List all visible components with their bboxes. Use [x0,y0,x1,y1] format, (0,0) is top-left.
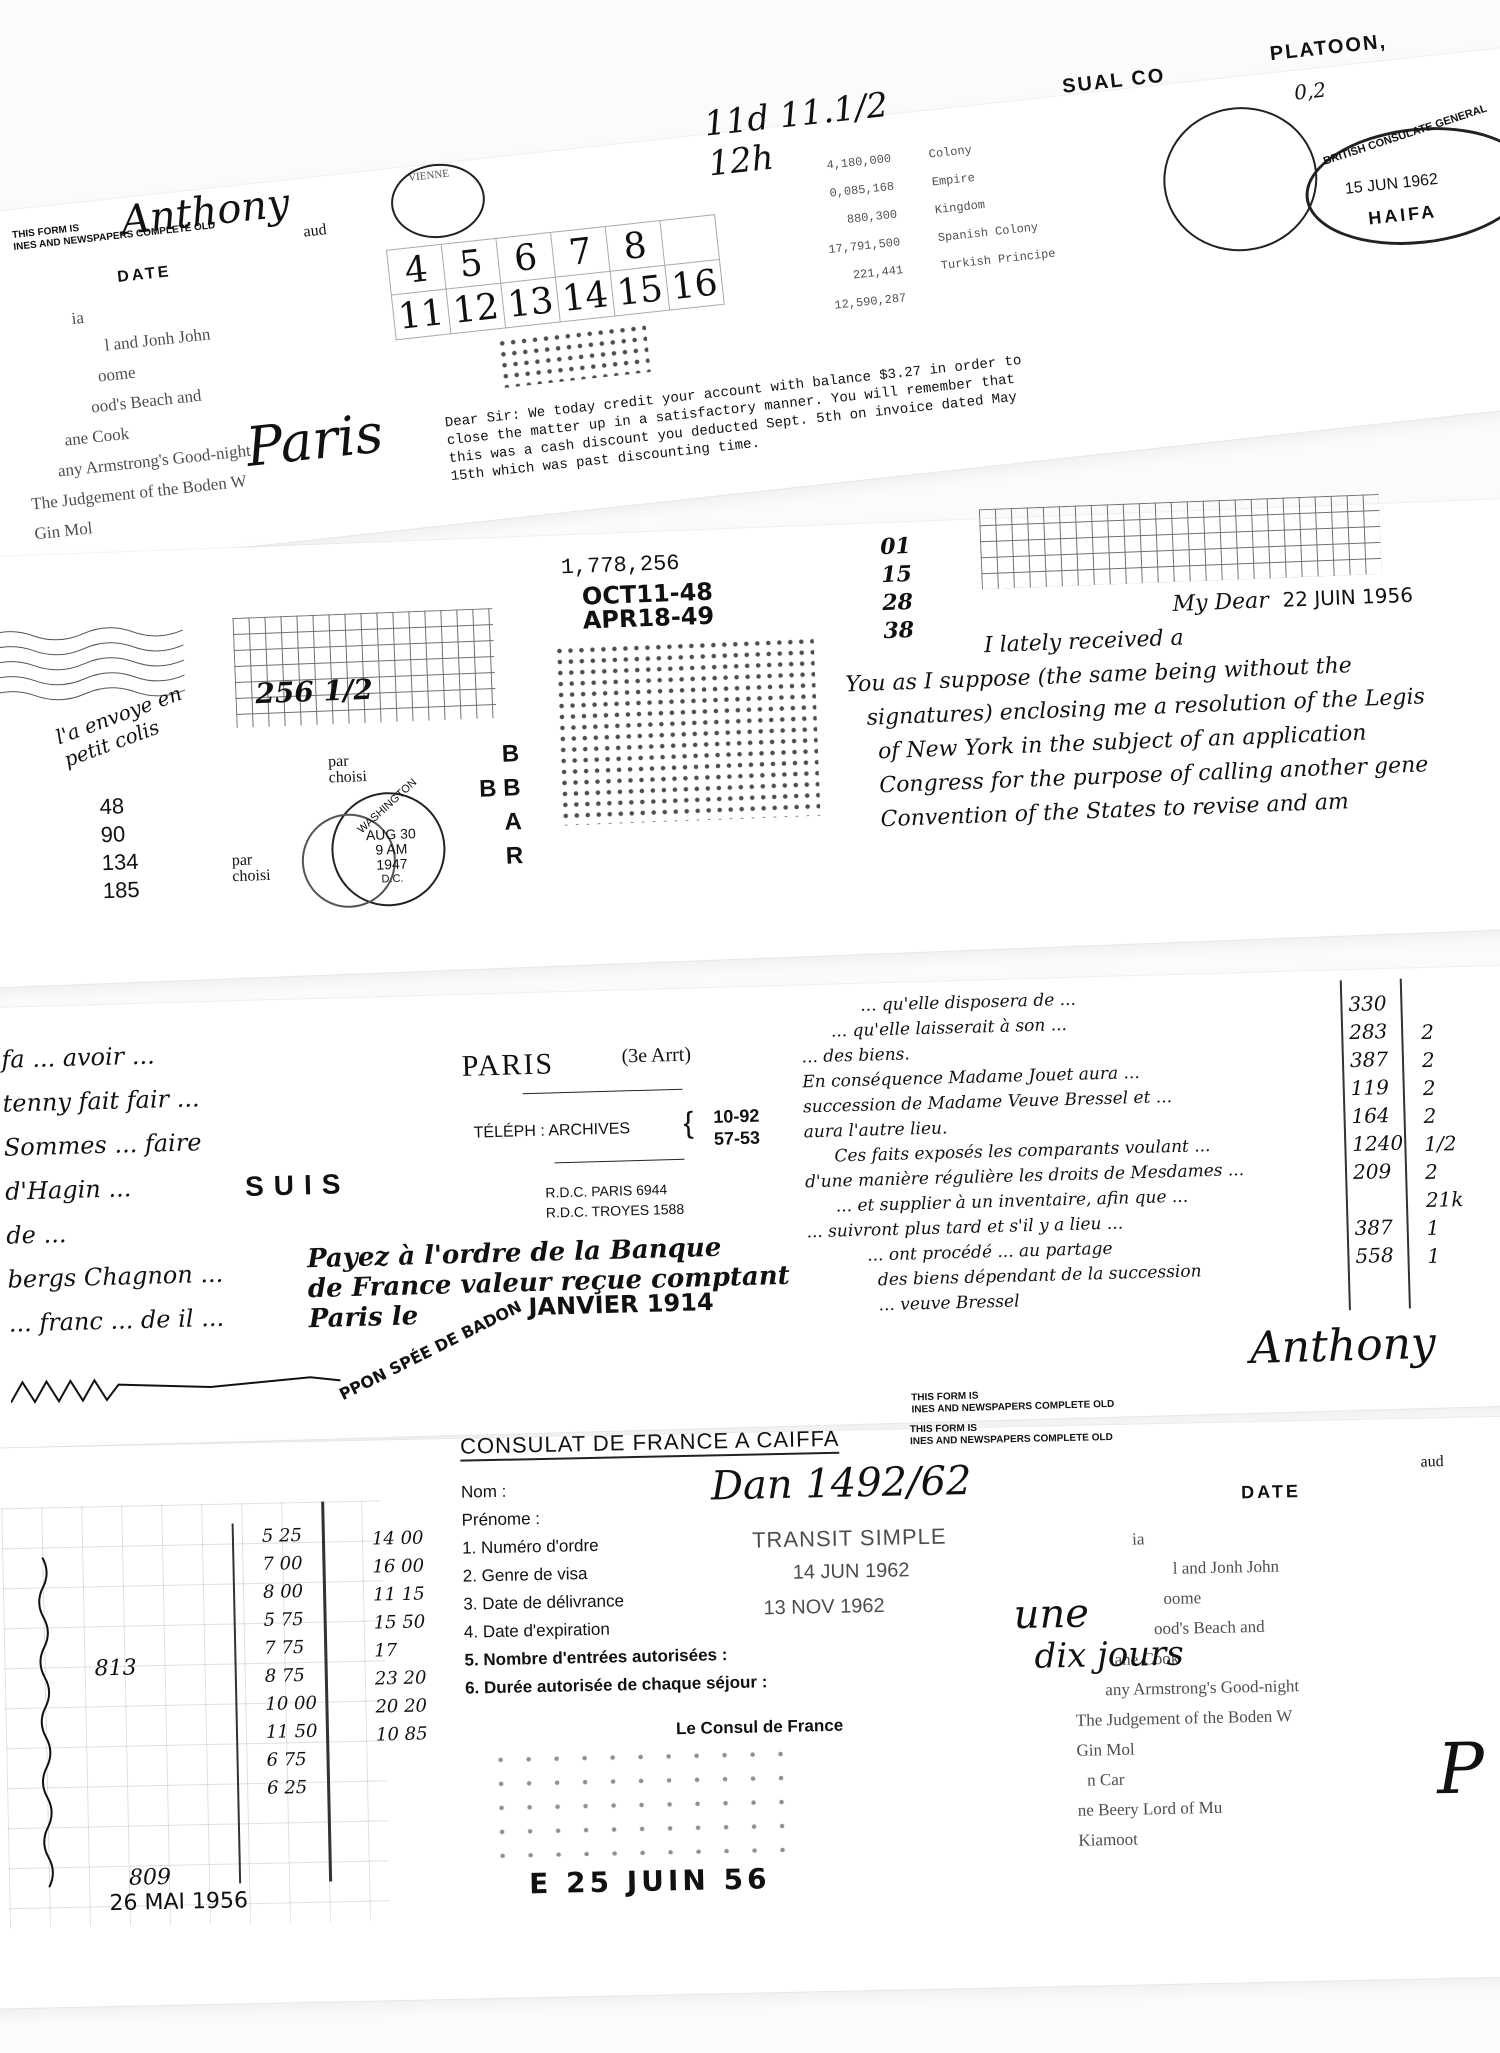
consul-signoff: Le Consul de France [676,1716,844,1739]
grid-pattern [232,608,496,728]
tally-right: 2 2 2 2 1/2 2 21k 1 1 [1421,1017,1466,1270]
ledger-single-number: 813 [94,1656,137,1682]
date-label: DATE [116,263,172,287]
roster-lines: ia l and Jonh John oome ood's Beach and … [10,287,262,580]
french-script-lines: fa ... avoir ... tenny fait fair ... Som… [1,1032,225,1346]
right-aud-text: aud [1420,1453,1443,1471]
ledger-column-1: 5 25 7 00 8 00 5 75 7 75 8 75 10 00 11 5… [262,1522,319,1803]
visa-type: TRANSIT SIMPLE [752,1524,947,1554]
choice-label-2: par choisi [231,852,270,885]
handwritten-note: 11d 11.1/2 [702,85,890,145]
cheque-date-stamp: JANVIER 1914 [528,1288,714,1321]
letter-stack: B B B A R [477,737,524,874]
bottom-date-stamp: 26 MAI 1956 [109,1888,248,1916]
form-title-right: PLATOON, [1269,31,1388,67]
handwritten-ref: Dan 1492/62 [710,1458,971,1509]
signature: Anthony [119,180,292,244]
phone-numbers: 10-92 57-53 [713,1105,760,1150]
letterhead-city: PARIS [461,1047,554,1084]
stamp-number: 809 [129,1865,172,1891]
letter-date-stamp: 22 JUIN 1956 [1282,583,1413,612]
signature: Anthony [1249,1318,1436,1374]
seal-stamp-icon [1156,99,1325,259]
tape-strip-4: 813 5 25 7 00 8 00 5 75 7 75 8 75 10 00 … [0,1414,1500,2010]
letterhead-arrondissement: (3e Arrt) [621,1043,691,1068]
divider [523,1089,683,1094]
ledger-numbers: 4,180,000 0,085,168 880,300 17,791,500 2… [818,145,908,320]
divider-2 [555,1159,685,1164]
postmark-date: AUG 30 9 AM 1947 D.C. [366,826,418,888]
date-stamps: OCT11-48 APR18-49 [581,580,714,633]
paris-script: Paris [243,401,386,478]
tape-strip-1: THIS FORM IS INES AND NEWSPAPERS COMPLET… [0,34,1500,578]
zigzag-icon [10,1368,351,1407]
column-numbers: 48 90 134 185 [99,792,140,905]
right-form-header: THIS FORM IS INES AND NEWSPAPERS COMPLET… [910,1420,1113,1448]
tape-strip-2: l'a envoye en petit colis 48 90 134 185 … [0,494,1500,990]
ink-blots [496,322,651,388]
form-title-left: SUAL CO [1061,65,1167,99]
tape-strip-3: fa ... avoir ... tenny fait fair ... Som… [0,962,1500,1450]
grid-pattern-2 [979,494,1382,589]
expiry-date: 13 NOV 1962 [763,1595,885,1621]
right-date-label: DATE [1241,1481,1301,1503]
french-letter: ... qu'elle disposera de ... ... qu'elle… [800,983,1248,1320]
tally-left: 330 283 387 119 164 1240 209 387 558 [1348,989,1407,1270]
right-roster-lines: ia l and Jonh John oome ood's Beach and … [1072,1521,1303,1856]
script-initial: P [1436,1727,1485,1810]
handwritten-letter: I lately received a You as I suppose (th… [844,612,1431,838]
suis-label: SUIS [245,1168,351,1203]
handwritten-numbers: 01 15 28 38 [880,532,915,645]
ledger-names: Colony Empire Kingdom Spanish Colony Tur… [927,128,1057,280]
jun-date-stamp: E 25 JUIN 56 [529,1862,771,1900]
number-stamp: 1,778,256 [560,551,680,581]
choice-label: par choisi [328,753,367,786]
issue-date: 14 JUN 1962 [793,1559,910,1584]
aud-text: aud [303,221,328,241]
letter-salutation: My Dear [1172,588,1269,617]
ledger-column-2: 14 00 16 00 11 15 15 50 17 23 20 20 20 1… [372,1524,428,1749]
form-value: 0,2 [1293,77,1327,104]
halftone-pattern [554,636,821,826]
phone-label: TÉLÉPH : ARCHIVES [473,1120,630,1142]
brace: { [683,1106,694,1140]
form-footer: THIS FORM IS INES AND NEWSPAPERS COMPLET… [911,1387,1114,1417]
ink-spatter [486,1742,788,1858]
grid-note: 256 1/2 [255,673,374,710]
rdc-lines: R.D.C. PARIS 6944 R.D.C. TROYES 1588 [545,1179,684,1223]
handwritten-note-2: 12h [706,138,775,185]
